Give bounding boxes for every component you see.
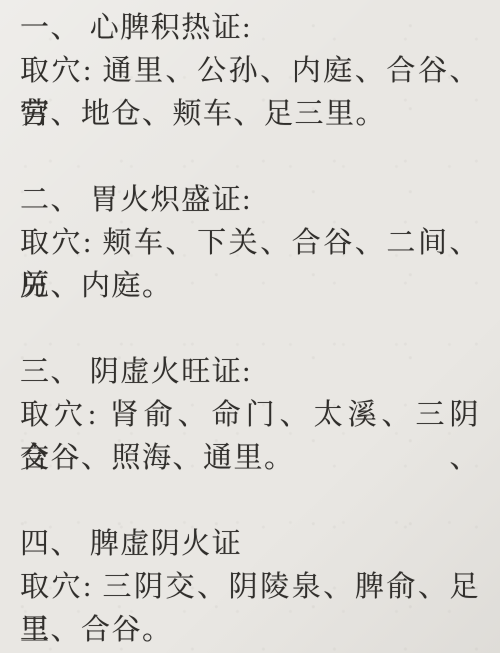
syndrome-section-4: 四、 脾虚阴火证 取穴: 三阴交、阴陵泉、脾俞、足三 里、合谷。 [20,523,480,652]
syndrome-section-2: 二、 胃火炽盛证: 取穴: 颊车、下关、合谷、二间、厉 兑、内庭。 [20,179,480,308]
section-heading: 二、 胃火炽盛证: [20,179,480,222]
points-line: 取穴: 三阴交、阴陵泉、脾俞、足三 [20,566,480,609]
section-heading: 四、 脾虚阴火证 [20,523,480,566]
section-gap [20,136,480,179]
points-line: 取穴: 通里、公孙、内庭、合谷、劳 [20,50,480,93]
section-gap [20,308,480,351]
points-line: 宫、地仓、颊车、足三里。 [20,93,480,136]
section-heading: 三、 阴虚火旺证: [20,351,480,394]
points-line: 兑、内庭。 [20,265,480,308]
document-page: 一、 心脾积热证: 取穴: 通里、公孙、内庭、合谷、劳 宫、地仓、颊车、足三里。… [0,0,500,653]
syndrome-section-1: 一、 心脾积热证: 取穴: 通里、公孙、内庭、合谷、劳 宫、地仓、颊车、足三里。 [20,7,480,136]
section-gap [20,480,480,523]
points-line: 里、合谷。 [20,609,480,652]
section-heading: 一、 心脾积热证: [20,7,480,50]
points-line: 取穴: 颊车、下关、合谷、二间、厉 [20,222,480,265]
syndrome-section-3: 三、 阴虚火旺证: 取穴: 肾俞、命门、太溪、三阴交、 合谷、照海、通里。 [20,351,480,480]
points-line: 取穴: 肾俞、命门、太溪、三阴交、 [20,394,480,437]
